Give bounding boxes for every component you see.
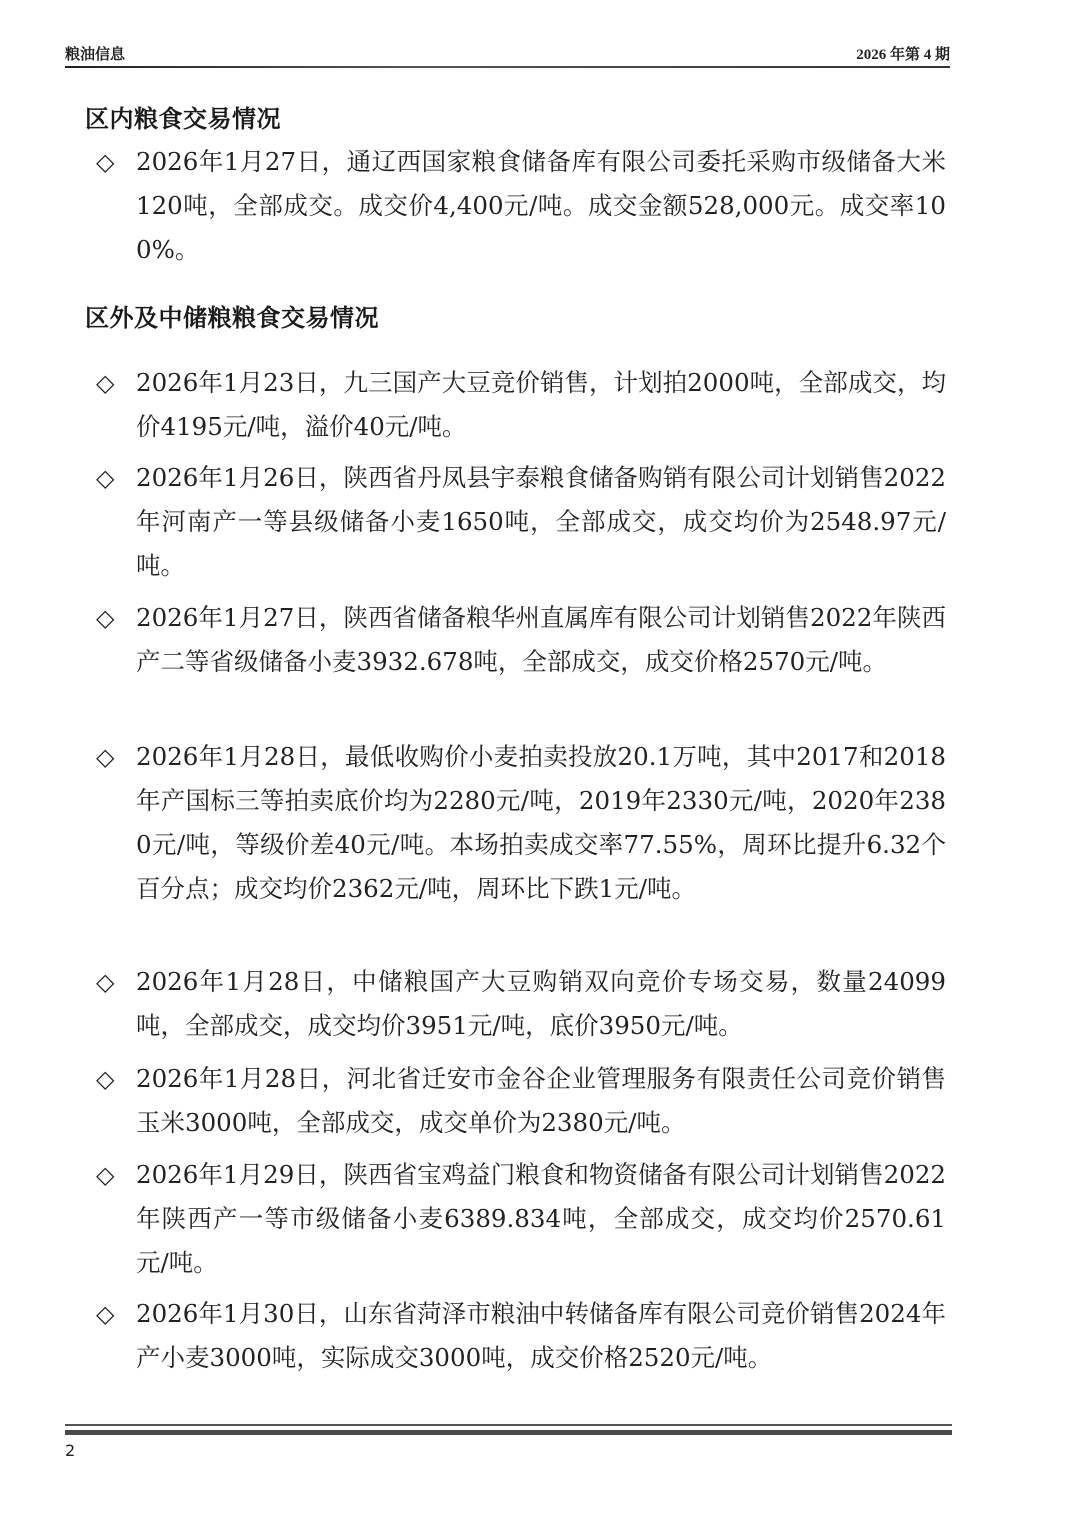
list-item: ◇ 2026年1月23日，九三国产大豆竞价销售，计划拍2000吨，全部成交，均价… [96,361,946,449]
item-text: 2026年1月27日，陕西省储备粮华州直属库有限公司计划销售2022年陕西产二等… [136,596,946,684]
diamond-bullet-icon: ◇ [96,1292,114,1336]
list-item: ◇ 2026年1月28日，中储粮国产大豆购销双向竞价专场交易，数量24099吨，… [96,960,946,1048]
list-item: ◇ 2026年1月28日，最低收购价小麦拍卖投放20.1万吨，其中2017和20… [96,735,946,911]
diamond-bullet-icon: ◇ [96,1153,114,1197]
header-divider [65,66,950,68]
list-item: ◇ 2026年1月30日，山东省菏泽市粮油中转储备库有限公司竞价销售2024年产… [96,1292,946,1380]
footer-divider-thin [65,1424,952,1426]
diamond-bullet-icon: ◇ [96,735,114,779]
item-text: 2026年1月28日，河北省迁安市金谷企业管理服务有限责任公司竞价销售玉米300… [136,1057,946,1145]
diamond-bullet-icon: ◇ [96,456,114,500]
issue-number: 2026 年第 4 期 [856,44,950,66]
diamond-bullet-icon: ◇ [96,596,114,640]
item-text: 2026年1月23日，九三国产大豆竞价销售，计划拍2000吨，全部成交，均价41… [136,361,946,449]
list-item: ◇ 2026年1月26日，陕西省丹凤县宇泰粮食储备购销有限公司计划销售2022年… [96,456,946,588]
item-text: 2026年1月28日，最低收购价小麦拍卖投放20.1万吨，其中2017和2018… [136,735,946,911]
item-text: 2026年1月29日，陕西省宝鸡益门粮食和物资储备有限公司计划销售2022年陕西… [136,1153,946,1285]
item-text: 2026年1月28日，中储粮国产大豆购销双向竞价专场交易，数量24099吨，全部… [136,960,946,1048]
diamond-bullet-icon: ◇ [96,960,114,1004]
publication-name: 粮油信息 [65,44,125,66]
item-text: 2026年1月26日，陕西省丹凤县宇泰粮食储备购销有限公司计划销售2022年河南… [136,456,946,588]
section-title-external-trading: 区外及中储粮粮食交易情况 [85,303,379,333]
footer-divider-thick [65,1430,952,1435]
list-item: ◇ 2026年1月28日，河北省迁安市金谷企业管理服务有限责任公司竞价销售玉米3… [96,1057,946,1145]
list-item: ◇ 2026年1月29日，陕西省宝鸡益门粮食和物资储备有限公司计划销售2022年… [96,1153,946,1285]
diamond-bullet-icon: ◇ [96,140,114,184]
item-text: 2026年1月27日，通辽西国家粮食储备库有限公司委托采购市级储备大米120吨，… [136,140,946,272]
page-number: 2 [65,1440,75,1462]
diamond-bullet-icon: ◇ [96,361,114,405]
item-text: 2026年1月30日，山东省菏泽市粮油中转储备库有限公司竞价销售2024年产小麦… [136,1292,946,1380]
diamond-bullet-icon: ◇ [96,1057,114,1101]
section-title-local-trading: 区内粮食交易情况 [85,104,281,134]
list-item: ◇ 2026年1月27日，通辽西国家粮食储备库有限公司委托采购市级储备大米120… [96,140,946,272]
list-item: ◇ 2026年1月27日，陕西省储备粮华州直属库有限公司计划销售2022年陕西产… [96,596,946,684]
page-header: 粮油信息 2026 年第 4 期 [65,44,950,68]
